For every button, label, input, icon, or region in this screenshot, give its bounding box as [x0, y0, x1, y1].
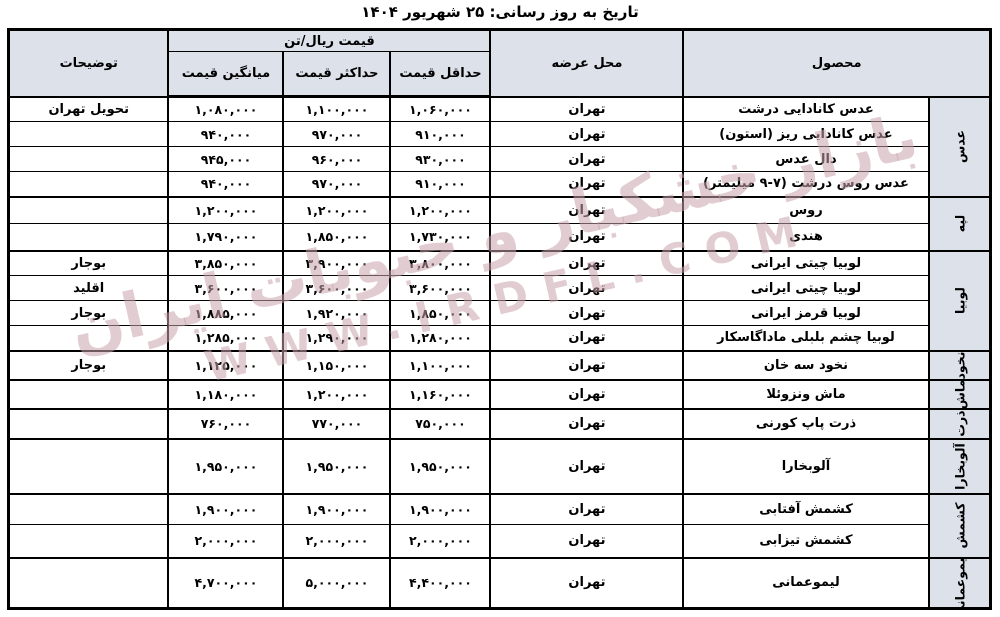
table-row: لوبیا چشم بلبلی ماداگاسکار تهران ۱,۲۸۰,۰…	[8, 326, 990, 351]
avg-price-cell: ۹۴۵,۰۰۰	[168, 147, 283, 172]
avg-price-cell: ۱,۷۹۰,۰۰۰	[168, 224, 283, 251]
max-price-cell: ۱,۱۵۰,۰۰۰	[283, 351, 390, 380]
min-price-cell: ۱,۹۵۰,۰۰۰	[390, 439, 490, 494]
max-price-cell: ۱,۹۵۰,۰۰۰	[283, 439, 390, 494]
header-location: محل عرضه	[490, 30, 683, 97]
header-price-group: قیمت ریال/تن	[168, 30, 490, 52]
avg-price-cell: ۱,۹۰۰,۰۰۰	[168, 494, 283, 525]
product-cell: عدس روس درشت (۷-۹ میلیمتر)	[683, 172, 928, 197]
location-cell: تهران	[490, 409, 683, 439]
product-cell: لوبیا چشم بلبلی ماداگاسکار	[683, 326, 928, 351]
min-price-cell: ۳,۶۰۰,۰۰۰	[390, 276, 490, 301]
category-cell: نخود	[929, 351, 991, 380]
min-price-cell: ۱,۱۶۰,۰۰۰	[390, 380, 490, 409]
category-cell: آلوبخارا	[929, 439, 991, 494]
max-price-cell: ۵,۰۰۰,۰۰۰	[283, 558, 390, 609]
note-cell: بوجار	[8, 351, 168, 380]
note-cell	[8, 326, 168, 351]
table-row: عدس عدس کانادایی درشت تهران ۱,۰۶۰,۰۰۰ ۱,…	[8, 97, 990, 122]
table-row: دال عدس تهران ۹۳۰,۰۰۰ ۹۶۰,۰۰۰ ۹۴۵,۰۰۰	[8, 147, 990, 172]
product-cell: کشمش تیزابی	[683, 525, 928, 558]
product-cell: نخود سه خان	[683, 351, 928, 380]
note-cell	[8, 172, 168, 197]
avg-price-cell: ۳,۶۰۰,۰۰۰	[168, 276, 283, 301]
max-price-cell: ۳,۹۰۰,۰۰۰	[283, 251, 390, 276]
table-row: هندی تهران ۱,۷۳۰,۰۰۰ ۱,۸۵۰,۰۰۰ ۱,۷۹۰,۰۰۰	[8, 224, 990, 251]
location-cell: تهران	[490, 525, 683, 558]
note-cell: بوجار	[8, 301, 168, 326]
header-max-price: حداکثر قیمت	[283, 52, 390, 97]
category-label: نخود	[952, 351, 967, 380]
location-cell: تهران	[490, 147, 683, 172]
max-price-cell: ۱,۹۰۰,۰۰۰	[283, 494, 390, 525]
note-cell: بوجار	[8, 251, 168, 276]
product-cell: ماش ونزوئلا	[683, 380, 928, 409]
min-price-cell: ۷۵۰,۰۰۰	[390, 409, 490, 439]
max-price-cell: ۳,۶۰۰,۰۰۰	[283, 276, 390, 301]
header-product: محصول	[683, 30, 990, 97]
table-row: لوبیا لوبیا چیتی ایرانی تهران ۳,۸۰۰,۰۰۰ …	[8, 251, 990, 276]
category-cell: ماش	[929, 380, 991, 409]
location-cell: تهران	[490, 439, 683, 494]
product-cell: هندی	[683, 224, 928, 251]
table-row: نخود نخود سه خان تهران ۱,۱۰۰,۰۰۰ ۱,۱۵۰,۰…	[8, 351, 990, 380]
header-min-price: حداقل قیمت	[390, 52, 490, 97]
category-label: عدس	[952, 117, 967, 177]
max-price-cell: ۹۷۰,۰۰۰	[283, 122, 390, 147]
avg-price-cell: ۱,۱۸۰,۰۰۰	[168, 380, 283, 409]
location-cell: تهران	[490, 224, 683, 251]
location-cell: تهران	[490, 558, 683, 609]
product-cell: ذرت پاپ کورنی	[683, 409, 928, 439]
min-price-cell: ۳,۸۰۰,۰۰۰	[390, 251, 490, 276]
avg-price-cell: ۱,۲۸۵,۰۰۰	[168, 326, 283, 351]
location-cell: تهران	[490, 494, 683, 525]
min-price-cell: ۹۱۰,۰۰۰	[390, 122, 490, 147]
avg-price-cell: ۱,۱۲۵,۰۰۰	[168, 351, 283, 380]
location-cell: تهران	[490, 276, 683, 301]
avg-price-cell: ۹۴۰,۰۰۰	[168, 172, 283, 197]
table-row: کشمش کشمش آفتابی تهران ۱,۹۰۰,۰۰۰ ۱,۹۰۰,۰…	[8, 494, 990, 525]
max-price-cell: ۱,۸۵۰,۰۰۰	[283, 224, 390, 251]
location-cell: تهران	[490, 301, 683, 326]
min-price-cell: ۲,۰۰۰,۰۰۰	[390, 525, 490, 558]
location-cell: تهران	[490, 326, 683, 351]
table-row: کشمش تیزابی تهران ۲,۰۰۰,۰۰۰ ۲,۰۰۰,۰۰۰ ۲,…	[8, 525, 990, 558]
category-cell: کشمش	[929, 494, 991, 558]
location-cell: تهران	[490, 351, 683, 380]
table-row: لیموعمانی لیموعمانی تهران ۴,۴۰۰,۰۰۰ ۵,۰۰…	[8, 558, 990, 609]
note-cell	[8, 409, 168, 439]
max-price-cell: ۲,۰۰۰,۰۰۰	[283, 525, 390, 558]
avg-price-cell: ۹۴۰,۰۰۰	[168, 122, 283, 147]
category-cell: لپه	[929, 197, 991, 251]
location-cell: تهران	[490, 380, 683, 409]
avg-price-cell: ۱,۹۵۰,۰۰۰	[168, 439, 283, 494]
min-price-cell: ۱,۷۳۰,۰۰۰	[390, 224, 490, 251]
product-cell: لوبیا چیتی ایرانی	[683, 251, 928, 276]
category-cell: ذرت	[929, 409, 991, 439]
note-cell	[8, 525, 168, 558]
table-row: ماش ماش ونزوئلا تهران ۱,۱۶۰,۰۰۰ ۱,۲۰۰,۰۰…	[8, 380, 990, 409]
product-cell: عدس کانادایی ریز (استون)	[683, 122, 928, 147]
product-cell: لوبیا چیتی ایرانی	[683, 276, 928, 301]
min-price-cell: ۱,۹۰۰,۰۰۰	[390, 494, 490, 525]
note-cell	[8, 224, 168, 251]
table-row: لوبیا چیتی ایرانی تهران ۳,۶۰۰,۰۰۰ ۳,۶۰۰,…	[8, 276, 990, 301]
category-label: آلوبخارا	[952, 439, 967, 494]
avg-price-cell: ۷۶۰,۰۰۰	[168, 409, 283, 439]
note-cell	[8, 197, 168, 224]
product-cell: لوبیا قرمز ایرانی	[683, 301, 928, 326]
avg-price-cell: ۱,۸۸۵,۰۰۰	[168, 301, 283, 326]
note-cell	[8, 494, 168, 525]
note-cell: تحویل تهران	[8, 97, 168, 122]
max-price-cell: ۹۶۰,۰۰۰	[283, 147, 390, 172]
header-notes: توضیحات	[8, 30, 168, 97]
note-cell	[8, 147, 168, 172]
category-cell: عدس	[929, 97, 991, 197]
update-date-title: تاریخ به روز رسانی: ۲۵ شهریور ۱۴۰۴	[0, 3, 1000, 21]
category-label: ذرت	[952, 409, 967, 439]
header-avg-price: میانگین قیمت	[168, 52, 283, 97]
category-label: لیموعمانی	[952, 558, 967, 609]
avg-price-cell: ۱,۲۰۰,۰۰۰	[168, 197, 283, 224]
note-cell	[8, 558, 168, 609]
max-price-cell: ۱,۲۰۰,۰۰۰	[283, 380, 390, 409]
max-price-cell: ۷۷۰,۰۰۰	[283, 409, 390, 439]
min-price-cell: ۱,۱۰۰,۰۰۰	[390, 351, 490, 380]
max-price-cell: ۱,۹۲۰,۰۰۰	[283, 301, 390, 326]
category-cell: لوبیا	[929, 251, 991, 351]
category-label: کشمش	[952, 496, 967, 556]
min-price-cell: ۹۱۰,۰۰۰	[390, 172, 490, 197]
min-price-cell: ۱,۰۶۰,۰۰۰	[390, 97, 490, 122]
product-cell: عدس کانادایی درشت	[683, 97, 928, 122]
category-label: ماش	[952, 380, 967, 409]
table-row: لوبیا قرمز ایرانی تهران ۱,۸۵۰,۰۰۰ ۱,۹۲۰,…	[8, 301, 990, 326]
note-cell: اقلید	[8, 276, 168, 301]
table-row: عدس کانادایی ریز (استون) تهران ۹۱۰,۰۰۰ ۹…	[8, 122, 990, 147]
max-price-cell: ۱,۱۰۰,۰۰۰	[283, 97, 390, 122]
avg-price-cell: ۲,۰۰۰,۰۰۰	[168, 525, 283, 558]
product-cell: دال عدس	[683, 147, 928, 172]
category-cell: لیموعمانی	[929, 558, 991, 609]
note-cell	[8, 380, 168, 409]
table-row: ذرت ذرت پاپ کورنی تهران ۷۵۰,۰۰۰ ۷۷۰,۰۰۰ …	[8, 409, 990, 439]
min-price-cell: ۴,۴۰۰,۰۰۰	[390, 558, 490, 609]
min-price-cell: ۹۳۰,۰۰۰	[390, 147, 490, 172]
location-cell: تهران	[490, 251, 683, 276]
product-cell: آلوبخارا	[683, 439, 928, 494]
note-cell	[8, 439, 168, 494]
max-price-cell: ۹۷۰,۰۰۰	[283, 172, 390, 197]
table-row: آلوبخارا آلوبخارا تهران ۱,۹۵۰,۰۰۰ ۱,۹۵۰,…	[8, 439, 990, 494]
table-row: عدس روس درشت (۷-۹ میلیمتر) تهران ۹۱۰,۰۰۰…	[8, 172, 990, 197]
location-cell: تهران	[490, 97, 683, 122]
product-cell: روس	[683, 197, 928, 224]
location-cell: تهران	[490, 172, 683, 197]
max-price-cell: ۱,۲۰۰,۰۰۰	[283, 197, 390, 224]
note-cell	[8, 122, 168, 147]
product-cell: کشمش آفتابی	[683, 494, 928, 525]
max-price-cell: ۱,۲۹۰,۰۰۰	[283, 326, 390, 351]
price-table: محصول محل عرضه قیمت ریال/تن توضیحات حداق…	[7, 28, 992, 610]
location-cell: تهران	[490, 122, 683, 147]
avg-price-cell: ۱,۰۸۰,۰۰۰	[168, 97, 283, 122]
min-price-cell: ۱,۲۸۰,۰۰۰	[390, 326, 490, 351]
product-cell: لیموعمانی	[683, 558, 928, 609]
avg-price-cell: ۴,۷۰۰,۰۰۰	[168, 558, 283, 609]
min-price-cell: ۱,۲۰۰,۰۰۰	[390, 197, 490, 224]
avg-price-cell: ۳,۸۵۰,۰۰۰	[168, 251, 283, 276]
category-label: لپه	[952, 197, 967, 251]
table-row: لپه روس تهران ۱,۲۰۰,۰۰۰ ۱,۲۰۰,۰۰۰ ۱,۲۰۰,…	[8, 197, 990, 224]
min-price-cell: ۱,۸۵۰,۰۰۰	[390, 301, 490, 326]
category-label: لوبیا	[952, 271, 967, 331]
location-cell: تهران	[490, 197, 683, 224]
header-row-1: محصول محل عرضه قیمت ریال/تن توضیحات	[8, 30, 990, 52]
